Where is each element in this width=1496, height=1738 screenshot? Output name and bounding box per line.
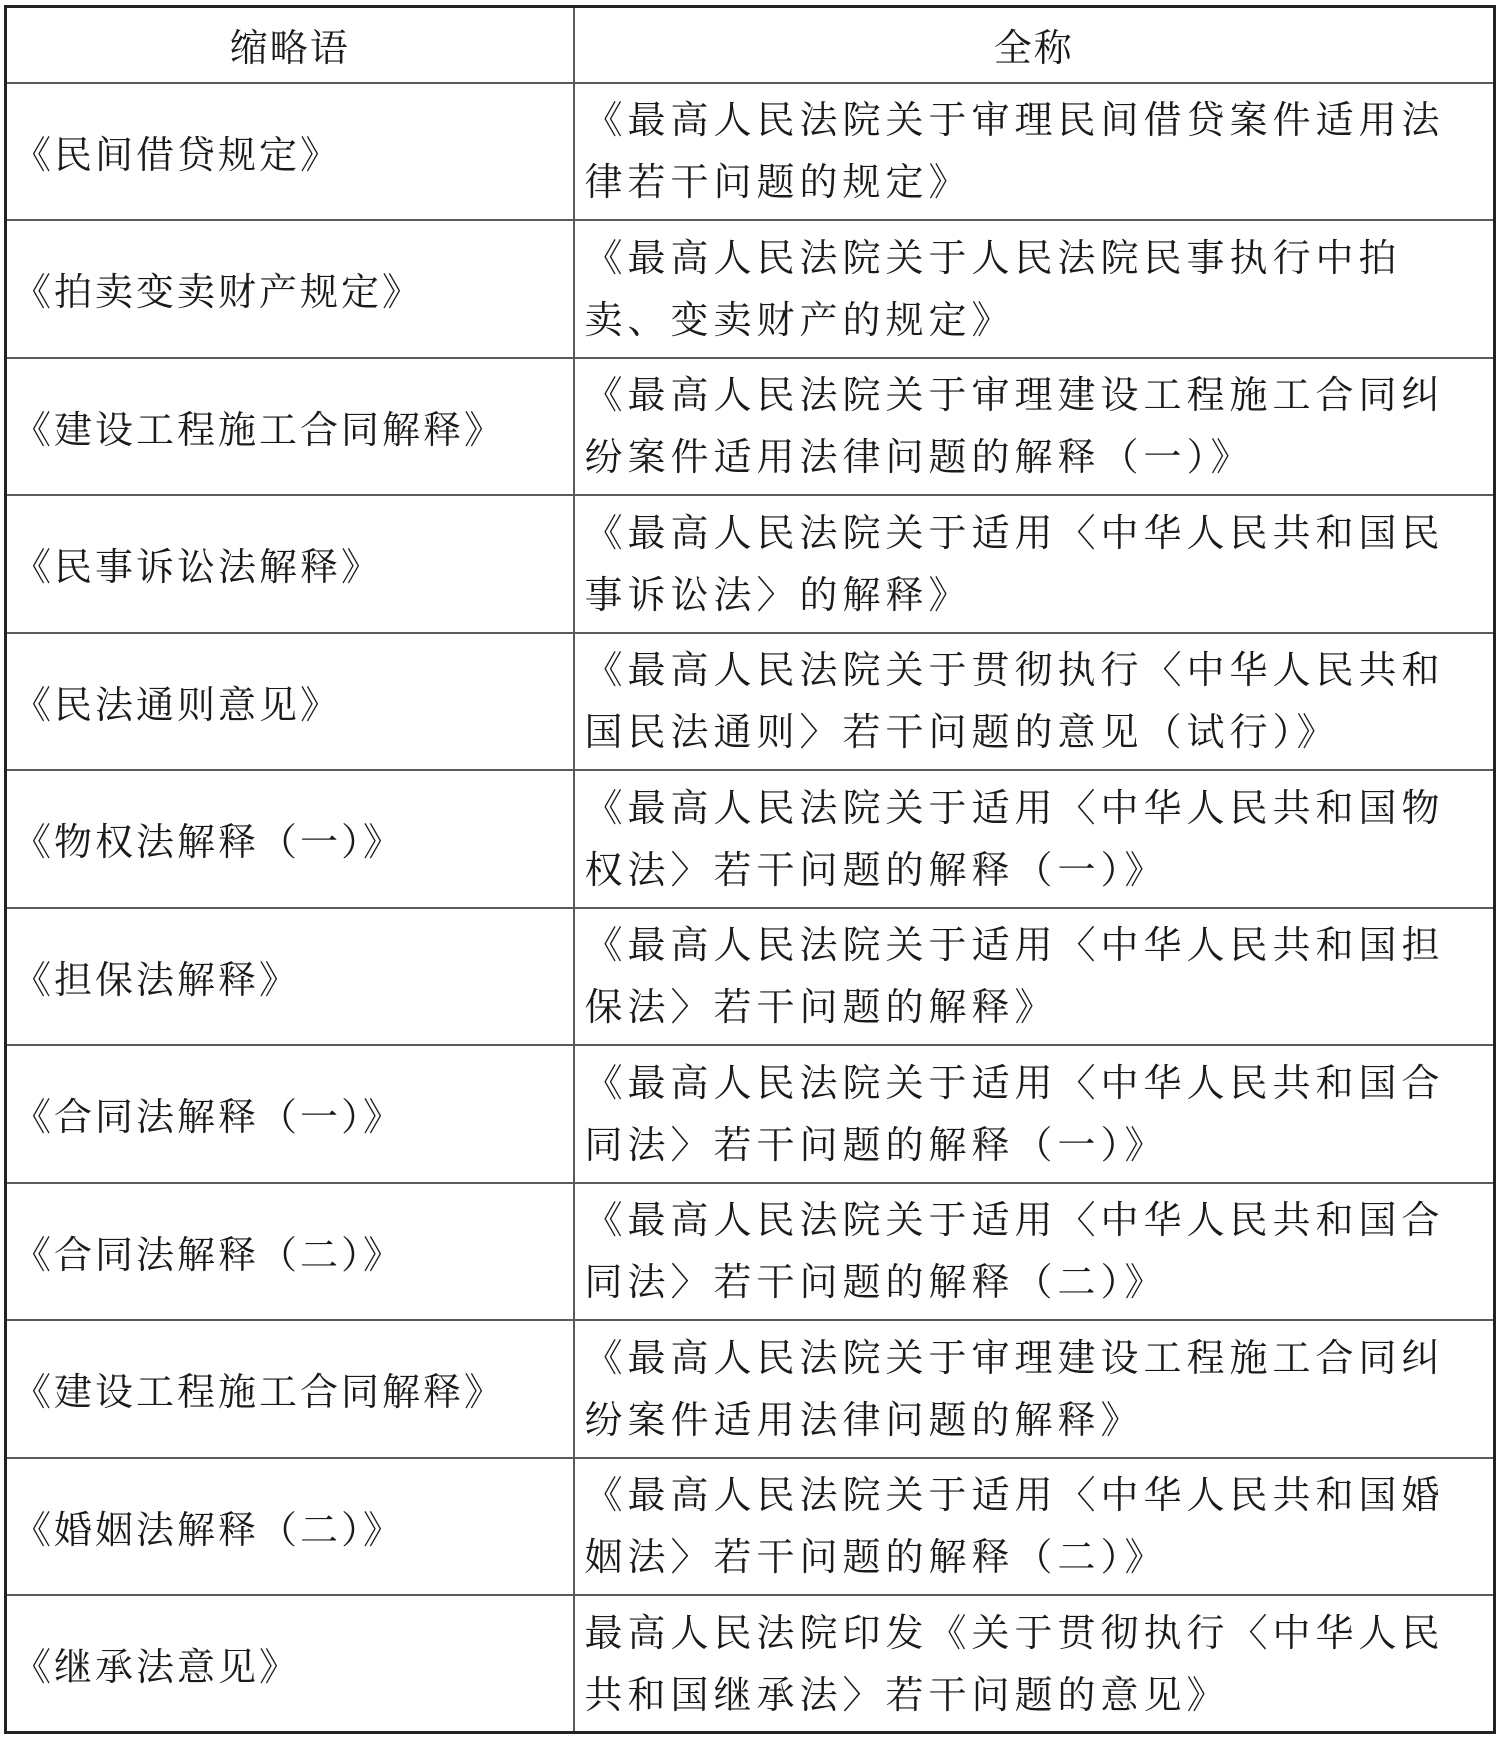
table-row: 《担保法解释》 《最高人民法院关于适用〈中华人民共和国担保法〉若干问题的解释》	[6, 908, 1495, 1046]
table-row: 《民事诉讼法解释》 《最高人民法院关于适用〈中华人民共和国民事诉讼法〉的解释》	[6, 495, 1495, 633]
table-header-row: 缩略语 全称	[6, 7, 1495, 83]
abbreviation-cell: 《物权法解释（一）》	[6, 770, 574, 908]
table-row: 《建设工程施工合同解释》 《最高人民法院关于审理建设工程施工合同纠纷案件适用法律…	[6, 1320, 1495, 1458]
full-name-cell: 《最高人民法院关于适用〈中华人民共和国婚姻法〉若干问题的解释（二）》	[574, 1458, 1495, 1596]
header-full-name: 全称	[574, 7, 1495, 83]
abbreviation-cell: 《建设工程施工合同解释》	[6, 1320, 574, 1458]
table-row: 《物权法解释（一）》 《最高人民法院关于适用〈中华人民共和国物权法〉若干问题的解…	[6, 770, 1495, 908]
abbreviation-table: 缩略语 全称 《民间借贷规定》 《最高人民法院关于审理民间借贷案件适用法律若干问…	[4, 5, 1496, 1734]
abbreviation-cell: 《民间借贷规定》	[6, 83, 574, 221]
table-row: 《继承法意见》 最高人民法院印发《关于贯彻执行〈中华人民共和国继承法〉若干问题的…	[6, 1595, 1495, 1733]
full-name-cell: 《最高人民法院关于适用〈中华人民共和国物权法〉若干问题的解释（一）》	[574, 770, 1495, 908]
abbreviation-cell: 《合同法解释（一）》	[6, 1045, 574, 1183]
table-row: 《婚姻法解释（二）》 《最高人民法院关于适用〈中华人民共和国婚姻法〉若干问题的解…	[6, 1458, 1495, 1596]
full-name-cell: 《最高人民法院关于适用〈中华人民共和国担保法〉若干问题的解释》	[574, 908, 1495, 1046]
full-name-cell: 《最高人民法院关于适用〈中华人民共和国民事诉讼法〉的解释》	[574, 495, 1495, 633]
full-name-cell: 最高人民法院印发《关于贯彻执行〈中华人民共和国继承法〉若干问题的意见》	[574, 1595, 1495, 1733]
full-name-cell: 《最高人民法院关于审理建设工程施工合同纠纷案件适用法律问题的解释（一）》	[574, 358, 1495, 496]
table-row: 《建设工程施工合同解释》 《最高人民法院关于审理建设工程施工合同纠纷案件适用法律…	[6, 358, 1495, 496]
full-name-cell: 《最高人民法院关于适用〈中华人民共和国合同法〉若干问题的解释（一）》	[574, 1045, 1495, 1183]
full-name-cell: 《最高人民法院关于审理民间借贷案件适用法律若干问题的规定》	[574, 83, 1495, 221]
abbreviation-cell: 《继承法意见》	[6, 1595, 574, 1733]
abbreviation-cell: 《民法通则意见》	[6, 633, 574, 771]
table-row: 《民法通则意见》 《最高人民法院关于贯彻执行〈中华人民共和国民法通则〉若干问题的…	[6, 633, 1495, 771]
full-name-cell: 《最高人民法院关于审理建设工程施工合同纠纷案件适用法律问题的解释》	[574, 1320, 1495, 1458]
full-name-cell: 《最高人民法院关于贯彻执行〈中华人民共和国民法通则〉若干问题的意见（试行）》	[574, 633, 1495, 771]
abbreviation-cell: 《婚姻法解释（二）》	[6, 1458, 574, 1596]
table-row: 《民间借贷规定》 《最高人民法院关于审理民间借贷案件适用法律若干问题的规定》	[6, 83, 1495, 221]
table-row: 《合同法解释（一）》 《最高人民法院关于适用〈中华人民共和国合同法〉若干问题的解…	[6, 1045, 1495, 1183]
table-row: 《拍卖变卖财产规定》 《最高人民法院关于人民法院民事执行中拍卖、变卖财产的规定》	[6, 220, 1495, 358]
table-row: 《合同法解释（二）》 《最高人民法院关于适用〈中华人民共和国合同法〉若干问题的解…	[6, 1183, 1495, 1321]
full-name-cell: 《最高人民法院关于人民法院民事执行中拍卖、变卖财产的规定》	[574, 220, 1495, 358]
header-abbreviation: 缩略语	[6, 7, 574, 83]
abbreviation-cell: 《担保法解释》	[6, 908, 574, 1046]
full-name-cell: 《最高人民法院关于适用〈中华人民共和国合同法〉若干问题的解释（二）》	[574, 1183, 1495, 1321]
abbreviation-cell: 《建设工程施工合同解释》	[6, 358, 574, 496]
abbreviation-cell: 《拍卖变卖财产规定》	[6, 220, 574, 358]
abbreviation-cell: 《合同法解释（二）》	[6, 1183, 574, 1321]
abbreviation-cell: 《民事诉讼法解释》	[6, 495, 574, 633]
